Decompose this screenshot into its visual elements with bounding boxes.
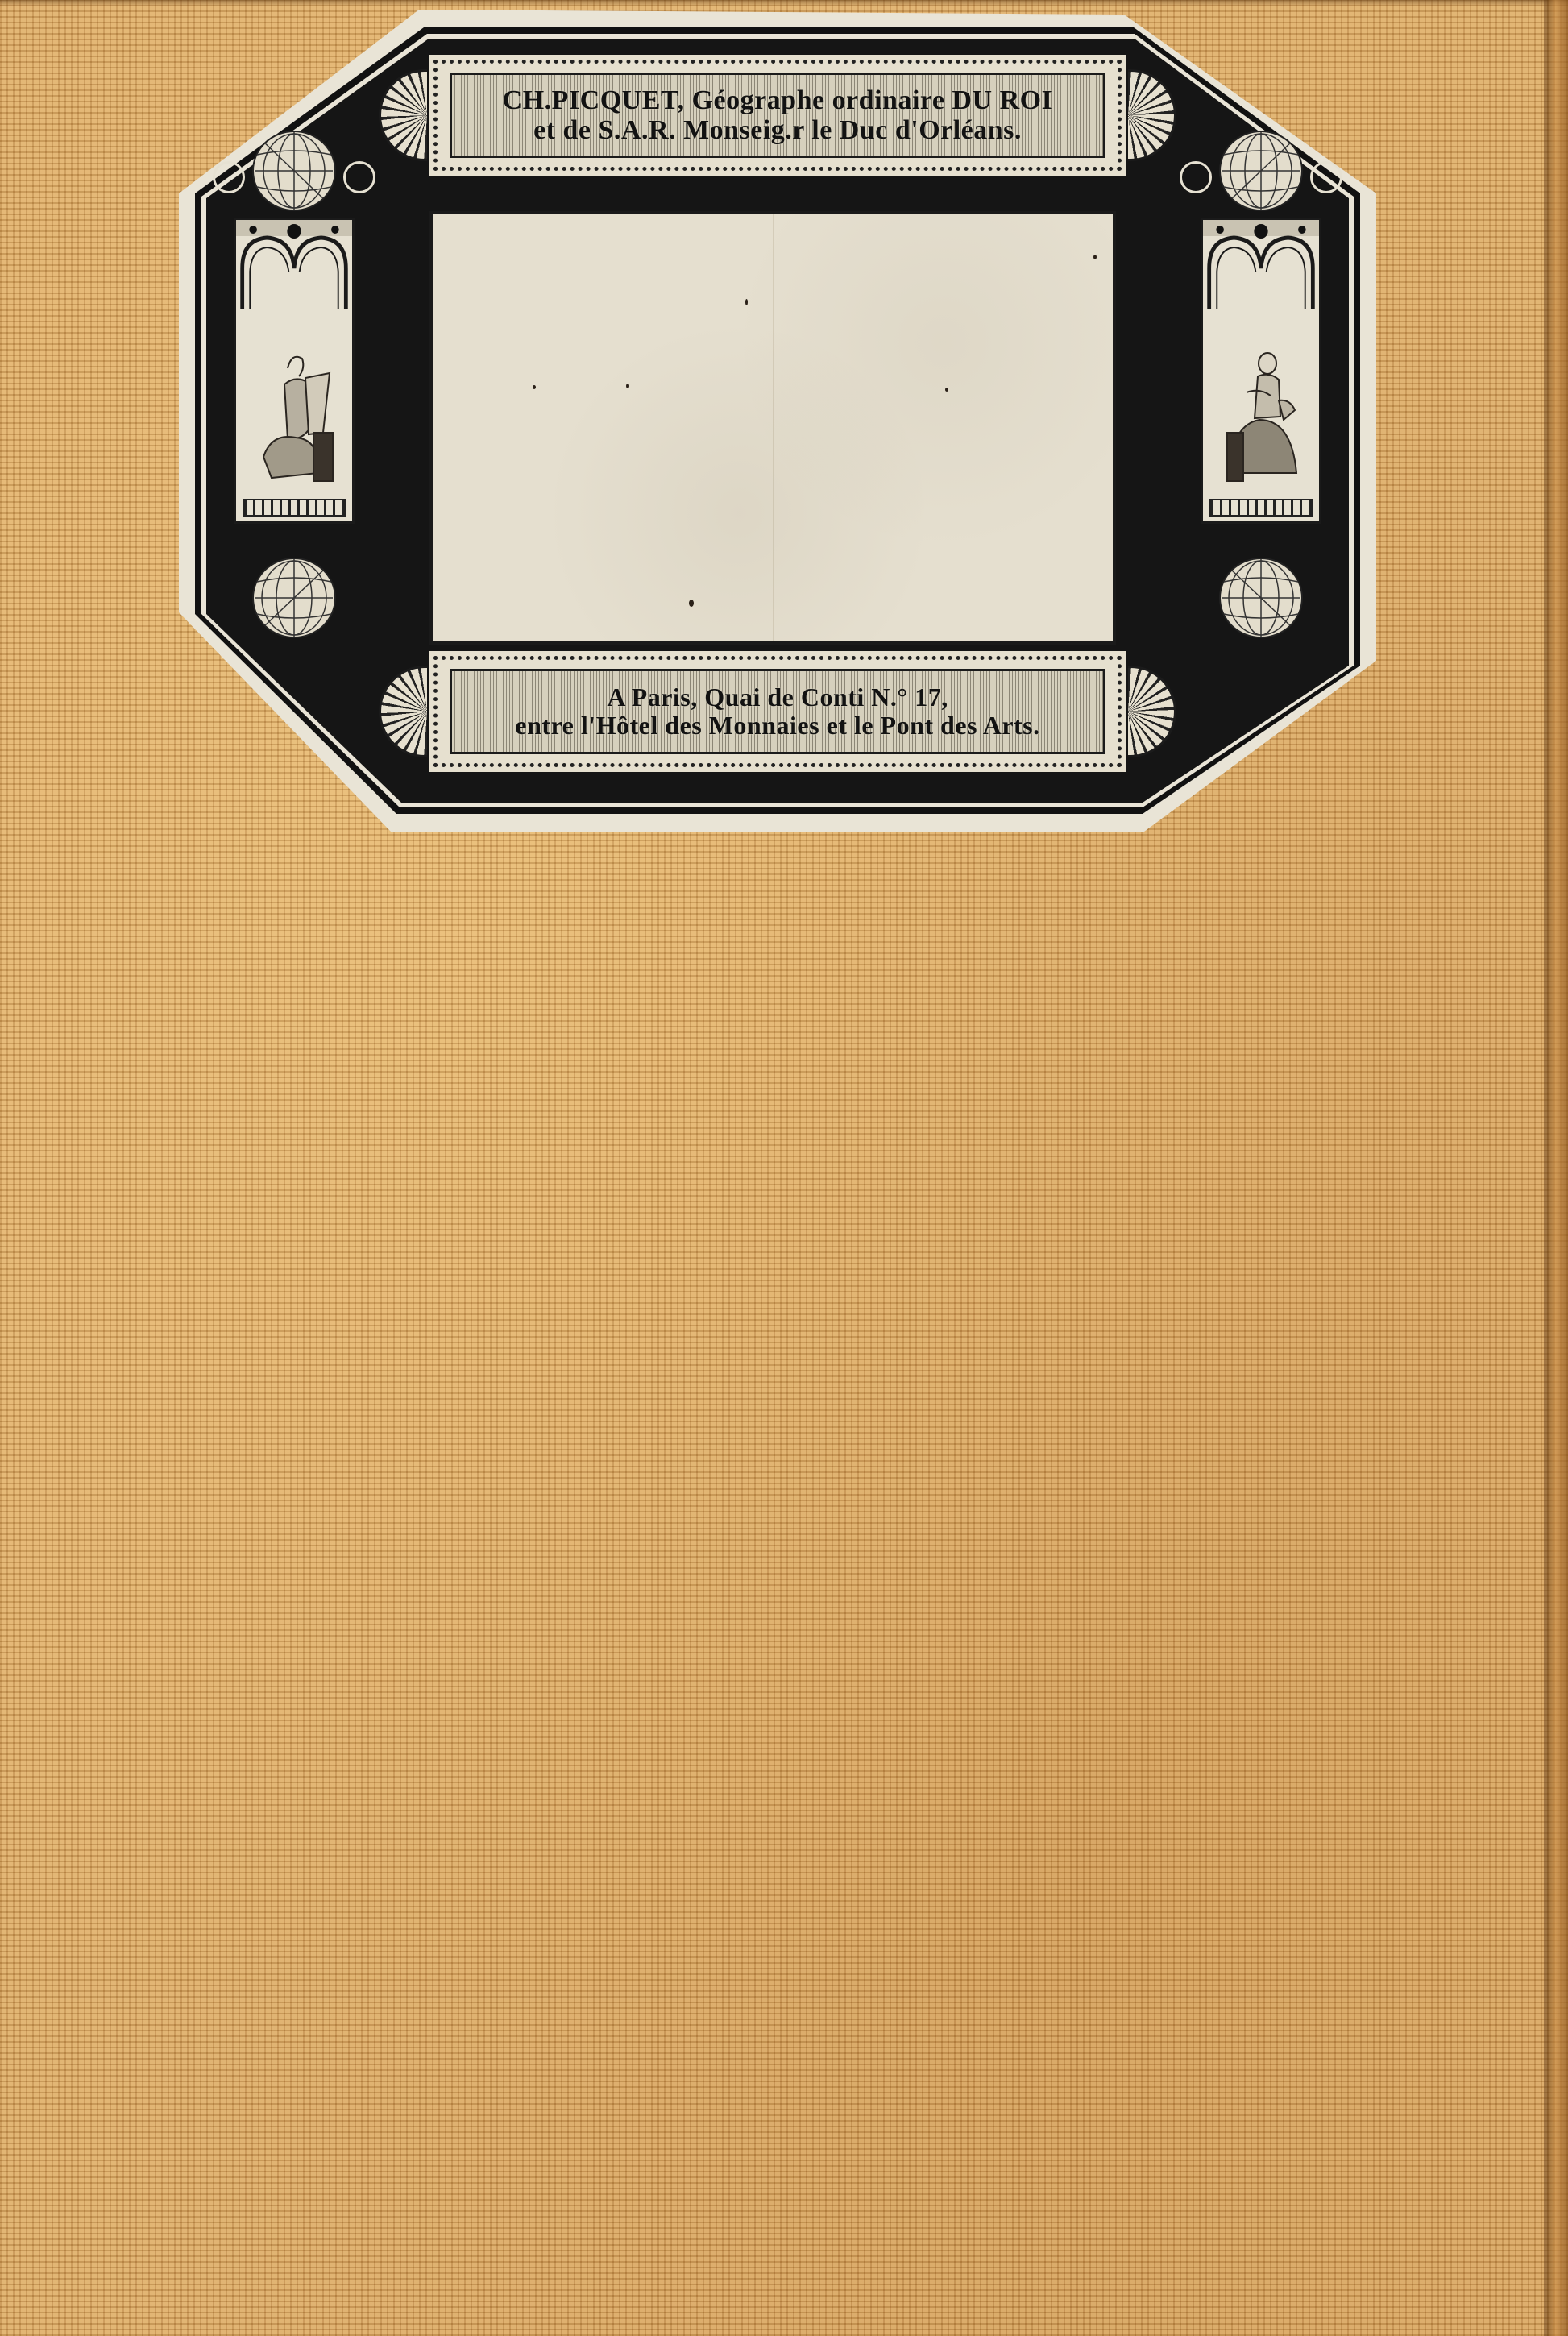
gothic-niche [1201, 218, 1321, 524]
niche-plinth [1209, 499, 1313, 517]
engraved-label: CH.PICQUET, Géographe ordinaire DU ROI e… [179, 10, 1376, 832]
right-ornament-panel [1184, 155, 1338, 622]
paper-speck [1093, 255, 1097, 259]
cartouche-text-field: A Paris, Quai de Conti N.° 17, entre l'H… [450, 669, 1105, 754]
rosette-ornament-icon [1310, 161, 1342, 193]
paper-speck [689, 600, 694, 607]
blank-title-panel [429, 211, 1116, 645]
left-ornament-panel [218, 155, 371, 622]
publisher-name: CH.PICQUET, Géographe ordinaire DU ROI [503, 85, 1053, 115]
paper-speck [745, 299, 748, 305]
seated-figure-with-scroll-icon [255, 336, 336, 497]
paper-speck [533, 385, 536, 389]
address-line-2: entre l'Hôtel des Monnaies et le Pont de… [515, 712, 1039, 740]
globe-icon [1219, 131, 1303, 211]
gothic-arch-icon [1203, 220, 1319, 309]
cartouche-text-field: CH.PICQUET, Géographe ordinaire DU ROI e… [450, 73, 1105, 158]
paper-speck [945, 388, 948, 392]
globe-icon [252, 131, 336, 211]
seated-woman-figure-icon [1222, 336, 1303, 497]
globe-icon [252, 558, 336, 638]
niche-plinth [243, 499, 346, 517]
slipcase-spine-edge [1547, 0, 1568, 2336]
cover-top-edge [0, 0, 1568, 6]
rosette-ornament-icon [1180, 161, 1212, 193]
publisher-cartouche: CH.PICQUET, Géographe ordinaire DU ROI e… [429, 55, 1126, 176]
gothic-arch-icon [236, 220, 352, 309]
address-line-1: A Paris, Quai de Conti N.° 17, [607, 683, 948, 712]
address-cartouche: A Paris, Quai de Conti N.° 17, entre l'H… [429, 651, 1126, 772]
rosette-ornament-icon [213, 161, 245, 193]
paper-fold-line [773, 214, 774, 641]
paper-speck [626, 384, 629, 388]
globe-icon [1219, 558, 1303, 638]
rosette-ornament-icon [343, 161, 375, 193]
publisher-patron: et de S.A.R. Monseig.r le Duc d'Orléans. [533, 115, 1022, 145]
gothic-niche [234, 218, 355, 524]
